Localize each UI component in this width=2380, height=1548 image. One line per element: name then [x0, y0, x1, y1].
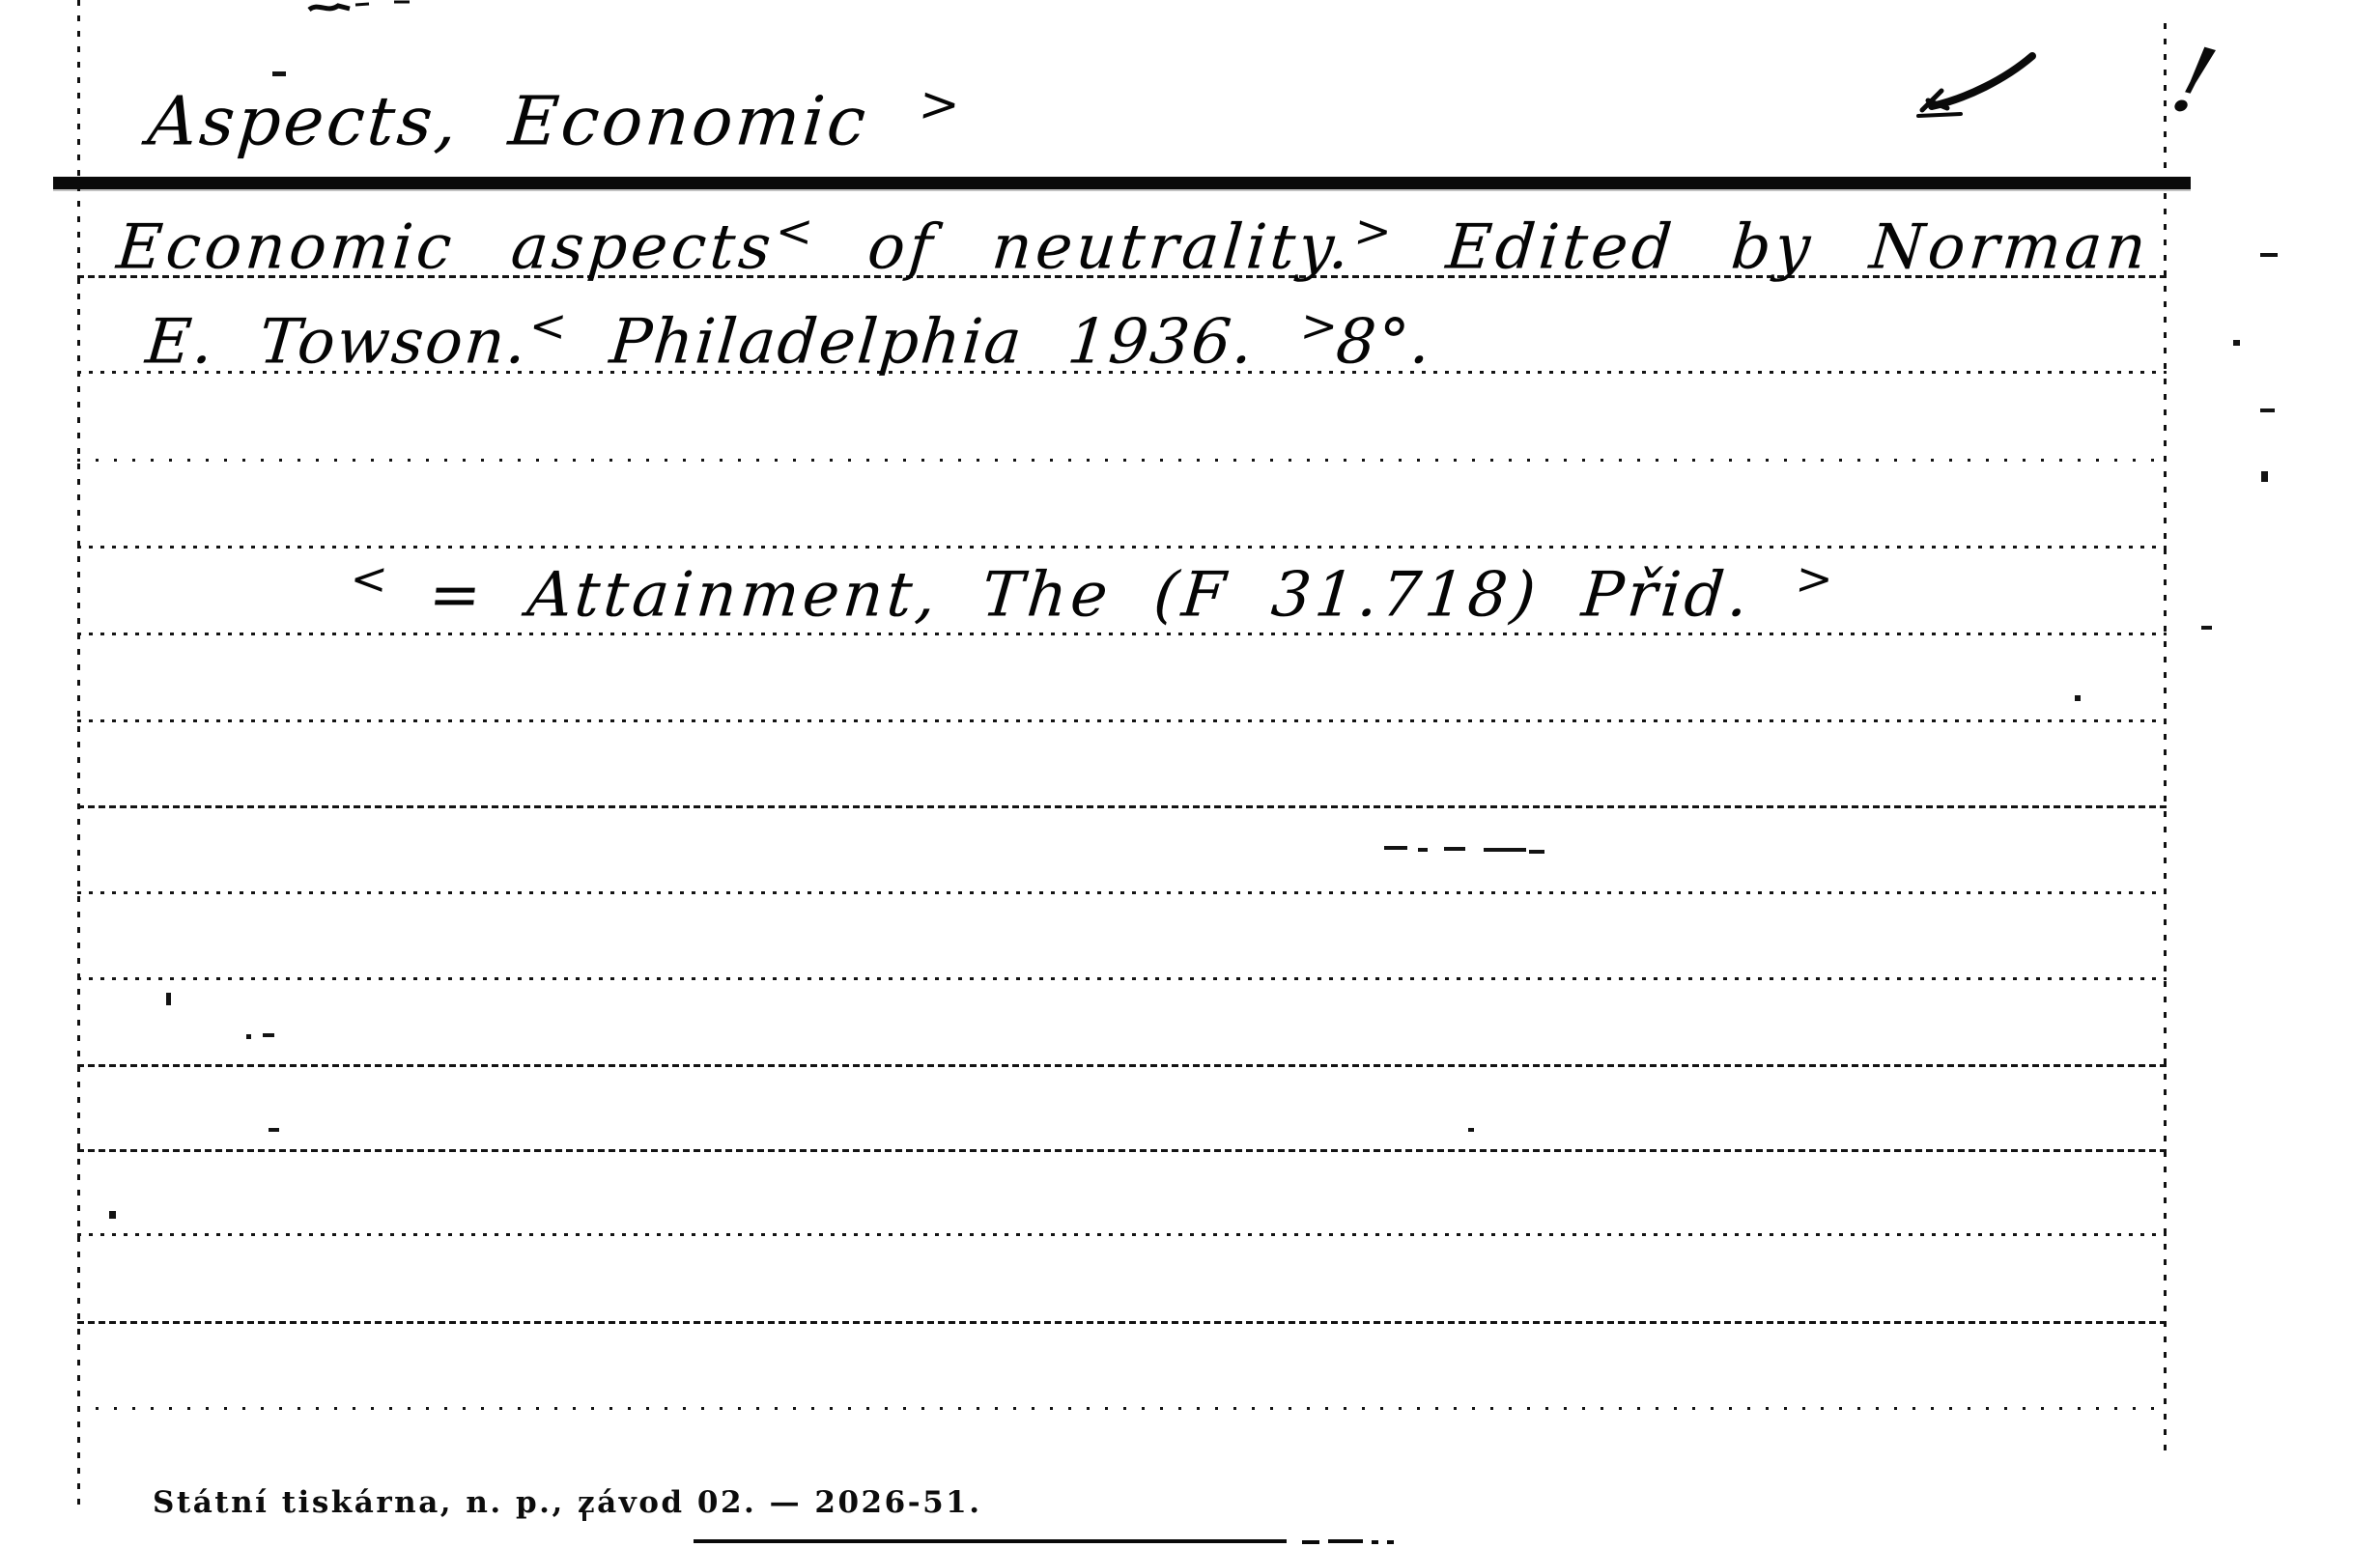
ink-speck	[2201, 626, 2212, 630]
ruled-line	[77, 1321, 2167, 1324]
ink-speck	[1418, 848, 1428, 852]
ink-speck	[1387, 1540, 1394, 1544]
catalog-card: Aspects, Economic > Economic aspects< of…	[0, 0, 2380, 1548]
ruled-line	[77, 977, 2167, 980]
reference-note: < = Attainment, The (F 31.718) Přid. >	[346, 552, 1835, 631]
ink-speck	[2075, 695, 2081, 701]
entry-line-1: Economic aspects< of neutrality.> Edited…	[114, 205, 2153, 283]
ruled-line	[77, 459, 2167, 462]
heading-text: Aspects, Economic	[145, 81, 871, 160]
ruled-line	[77, 1064, 2167, 1067]
exclamation-mark: !	[2161, 24, 2226, 138]
ink-speck	[2233, 340, 2240, 346]
insertion-caret: <	[774, 205, 815, 257]
ink-speck	[272, 71, 286, 76]
right-margin-dotted-line	[2164, 23, 2167, 1456]
bottom-rule-dash	[1328, 1539, 1363, 1543]
ink-scribble	[305, 0, 411, 17]
ink-speck	[2260, 253, 2278, 257]
ink-speck	[1372, 1540, 1378, 1544]
ruled-line	[77, 719, 2167, 722]
ink-speck	[1444, 847, 1465, 851]
entry-line-1-text: Edited by Norman	[1387, 211, 2153, 283]
ruled-line	[77, 1407, 2167, 1410]
printer-imprint: Státní tiskárna, n. p., závod 02. — 2026…	[153, 1485, 982, 1520]
insertion-caret: >	[1298, 299, 1340, 352]
insertion-caret: <	[527, 299, 569, 352]
ink-speck	[2261, 471, 2268, 482]
entry-line-1-text: Economic aspects	[114, 211, 778, 283]
left-margin-dotted-line	[77, 0, 80, 1508]
bottom-rule-dash	[1302, 1540, 1319, 1544]
bottom-rule	[694, 1539, 1287, 1543]
heading-rule	[53, 177, 2191, 189]
ink-speck	[1384, 846, 1407, 850]
entry-line-2-text: 8°.	[1333, 306, 1435, 378]
ink-speck	[1529, 850, 1544, 854]
ruled-line	[77, 891, 2167, 894]
insertion-caret: <	[348, 552, 389, 605]
ink-speck	[263, 1033, 274, 1037]
insertion-caret: >	[1794, 552, 1835, 605]
reference-note-text: = Attainment, The (F 31.718) Přid.	[383, 559, 1798, 631]
check-mark-icon	[1909, 50, 2036, 126]
ink-speck	[246, 1034, 251, 1039]
ink-speck	[269, 1128, 279, 1132]
entry-line-2-text: E. Towson.	[143, 306, 531, 378]
ink-speck	[2260, 408, 2275, 412]
entry-line-2: E. Towson.< Philadelphia 1936. >8°.	[143, 299, 1436, 378]
ink-speck	[1484, 848, 1526, 852]
heading-caret: >	[917, 75, 962, 132]
ruled-line	[77, 546, 2167, 549]
entry-line-1-text: of neutrality.	[808, 211, 1356, 283]
ruled-line	[77, 1233, 2167, 1236]
entry-line-2-text: Philadelphia 1936.	[562, 306, 1302, 378]
ruled-line	[77, 805, 2167, 808]
insertion-caret: >	[1352, 205, 1394, 257]
ink-speck	[582, 1512, 586, 1521]
ink-speck	[109, 1211, 116, 1219]
ink-speck	[1468, 1128, 1474, 1132]
ruled-line	[77, 1149, 2167, 1152]
ink-speck	[166, 993, 171, 1005]
ruled-line	[77, 633, 2167, 635]
heading: Aspects, Economic >	[145, 75, 962, 160]
